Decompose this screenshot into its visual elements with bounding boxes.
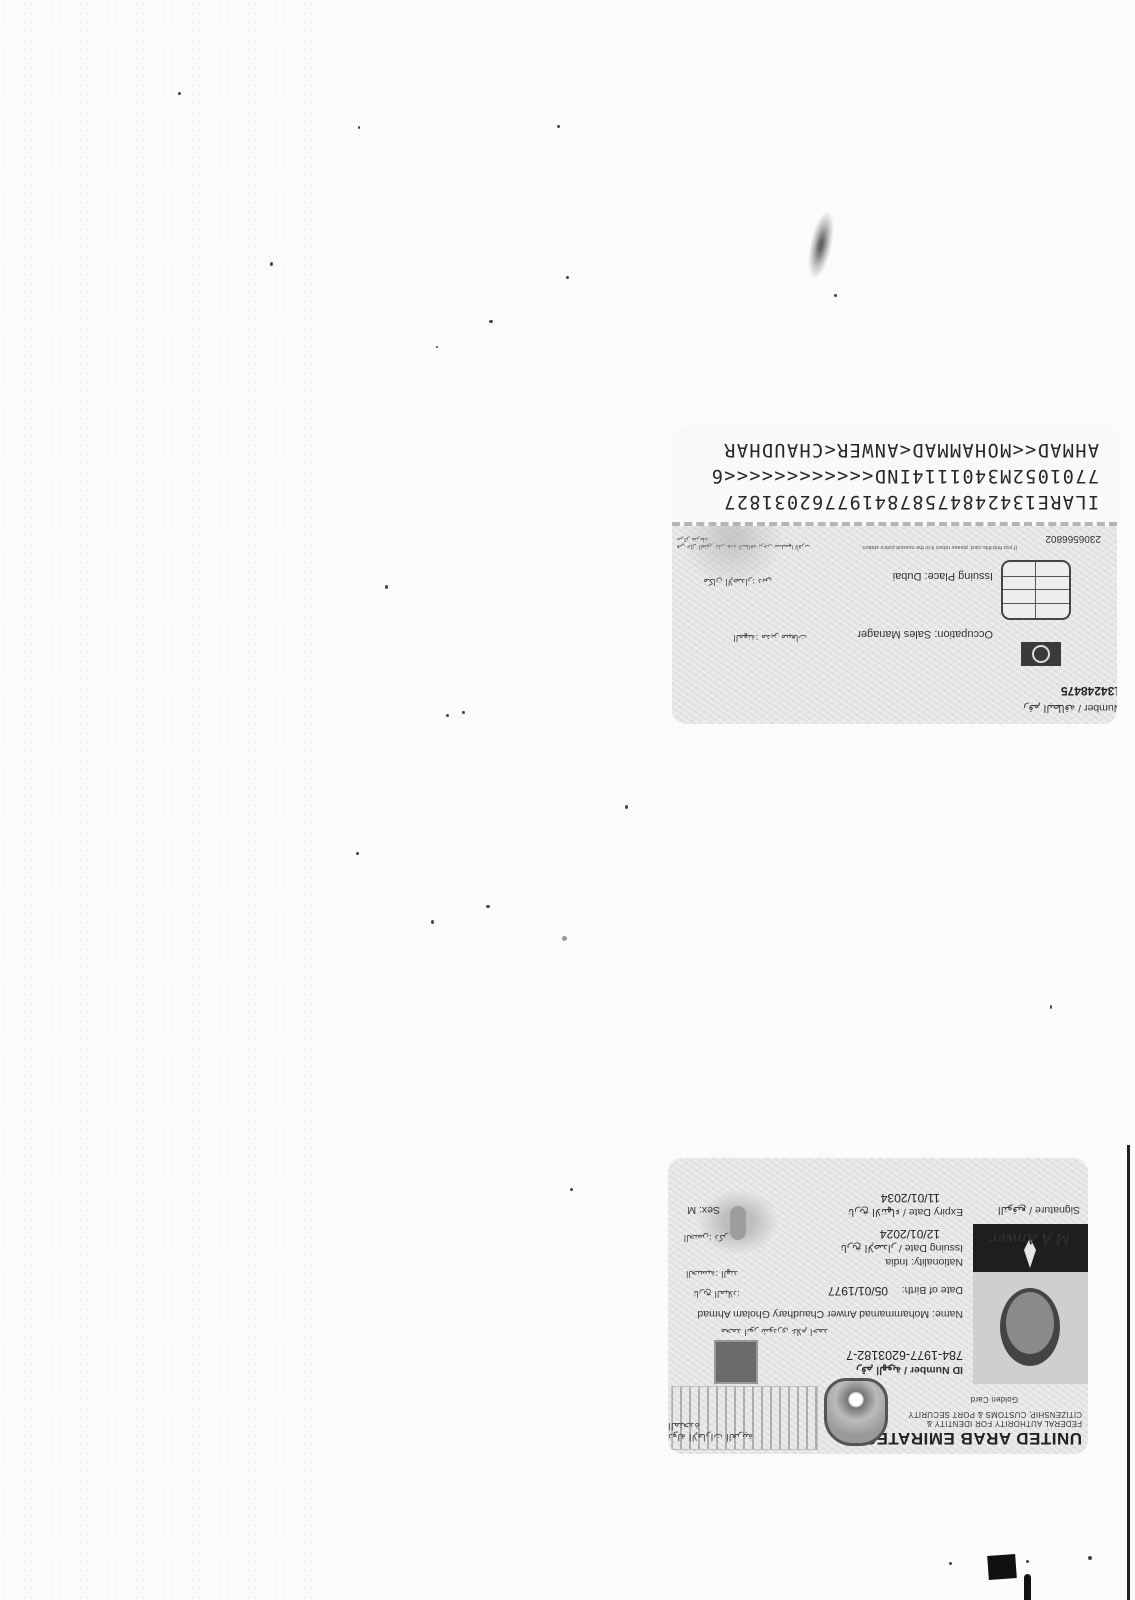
sex: Sex: M — [687, 1204, 720, 1216]
speck — [436, 346, 438, 348]
speck — [178, 92, 181, 95]
card-number-label: Card Number / رقم البطاقة — [1023, 702, 1117, 714]
sim-chip-icon — [1001, 560, 1071, 620]
nationality-arabic: الجنسية: الهند — [686, 1268, 738, 1278]
speck — [385, 585, 388, 589]
uae-emblem-icon — [824, 1378, 888, 1446]
authority-line-2: CITIZENSHIP, CUSTOMS & PORT SECURITY — [908, 1410, 1082, 1419]
speck — [270, 262, 273, 266]
mrz-line-2: 7701052M3401114IND<<<<<<<<<<<<6 — [672, 462, 1099, 488]
date-of-birth: 05/01/1977 — [828, 1284, 888, 1298]
scan-blot — [1024, 1574, 1031, 1600]
speck — [949, 1562, 952, 1565]
name-arabic: محمد انور شودري غلام احمد — [721, 1326, 828, 1336]
nationality: Nationality: India — [885, 1256, 963, 1268]
id-number: 784-1977-6203182-7 — [846, 1348, 963, 1362]
serial-number: 2306566802 — [1045, 533, 1101, 544]
speck — [489, 320, 493, 323]
ghost-photo — [698, 1190, 778, 1254]
issuing-date: 12/01/2024 — [880, 1227, 940, 1241]
id-number-label: ID Number / رقم الهوية — [856, 1364, 963, 1376]
authority-line-1: FEDERAL AUTHORITY FOR IDENTITY & — [927, 1419, 1082, 1428]
holder-signature: M A Anwer — [991, 1230, 1070, 1246]
header-arabic: دولة الإمارات العربية المتحدة — [668, 1420, 788, 1442]
country-title: UNITED ARAB EMIRATES — [864, 1428, 1082, 1448]
speck — [431, 920, 434, 924]
scan-noise — [0, 0, 330, 1600]
speck — [1088, 1556, 1092, 1560]
speck — [834, 294, 837, 297]
mrz-zone: ILARE1342484758784197762031827 7701052M3… — [672, 428, 1117, 526]
holder-name: Name: Mohammamad Anwer Chaudhary Gholam … — [697, 1308, 963, 1320]
speck — [557, 125, 560, 128]
dob-label: Date of Birth: — [902, 1284, 963, 1296]
mrz-line-1: ILARE1342484758784197762031827 — [672, 488, 1099, 514]
emirates-id-front: UNITED ARAB EMIRATES FEDERAL AUTHORITY F… — [668, 1158, 1088, 1454]
mrz-line-3: AHMAD<<MOHAMMAD<ANWER<CHAUDHAR — [672, 436, 1099, 462]
nfc-icon — [1021, 642, 1061, 666]
scan-smudge — [803, 208, 839, 281]
scan-edge — [1127, 1145, 1130, 1600]
card-number: 134248475 — [1061, 684, 1117, 698]
speck — [1026, 1560, 1029, 1563]
issuing-date-label: Issuing Date / تاريخ الإصدار — [841, 1242, 963, 1254]
card-type: Golden Card — [970, 1395, 1018, 1404]
speck — [625, 805, 628, 809]
speck — [358, 126, 360, 129]
expiry-date: 11/01/2034 — [881, 1191, 940, 1205]
dob-label-arabic: تاريخ الميلاد: — [694, 1288, 740, 1298]
speck — [562, 936, 567, 941]
occupation-arabic: المهنة: مدير مبيعات — [733, 632, 807, 642]
expiry-date-label: Expiry Date / تاريخ الانتهاء — [848, 1206, 963, 1218]
holder-photo — [973, 1224, 1088, 1384]
sex-arabic: الجنس: ذكر — [684, 1232, 728, 1242]
speck — [570, 1188, 573, 1191]
speck — [566, 276, 569, 279]
issuing-place: Issuing Place: Dubai — [893, 570, 993, 582]
speck — [446, 714, 449, 717]
occupation: Occupation: Sales Manager — [857, 628, 993, 640]
speck — [1050, 1005, 1052, 1009]
signature-label: Signature / التوقيع — [998, 1204, 1080, 1216]
speck — [486, 905, 490, 908]
scan-blot — [987, 1554, 1017, 1580]
speck — [462, 711, 465, 714]
speck — [356, 852, 359, 855]
falcon-hologram-icon — [714, 1340, 758, 1384]
emirates-id-back: Card Number / رقم البطاقة 134248475 Occu… — [672, 428, 1117, 724]
